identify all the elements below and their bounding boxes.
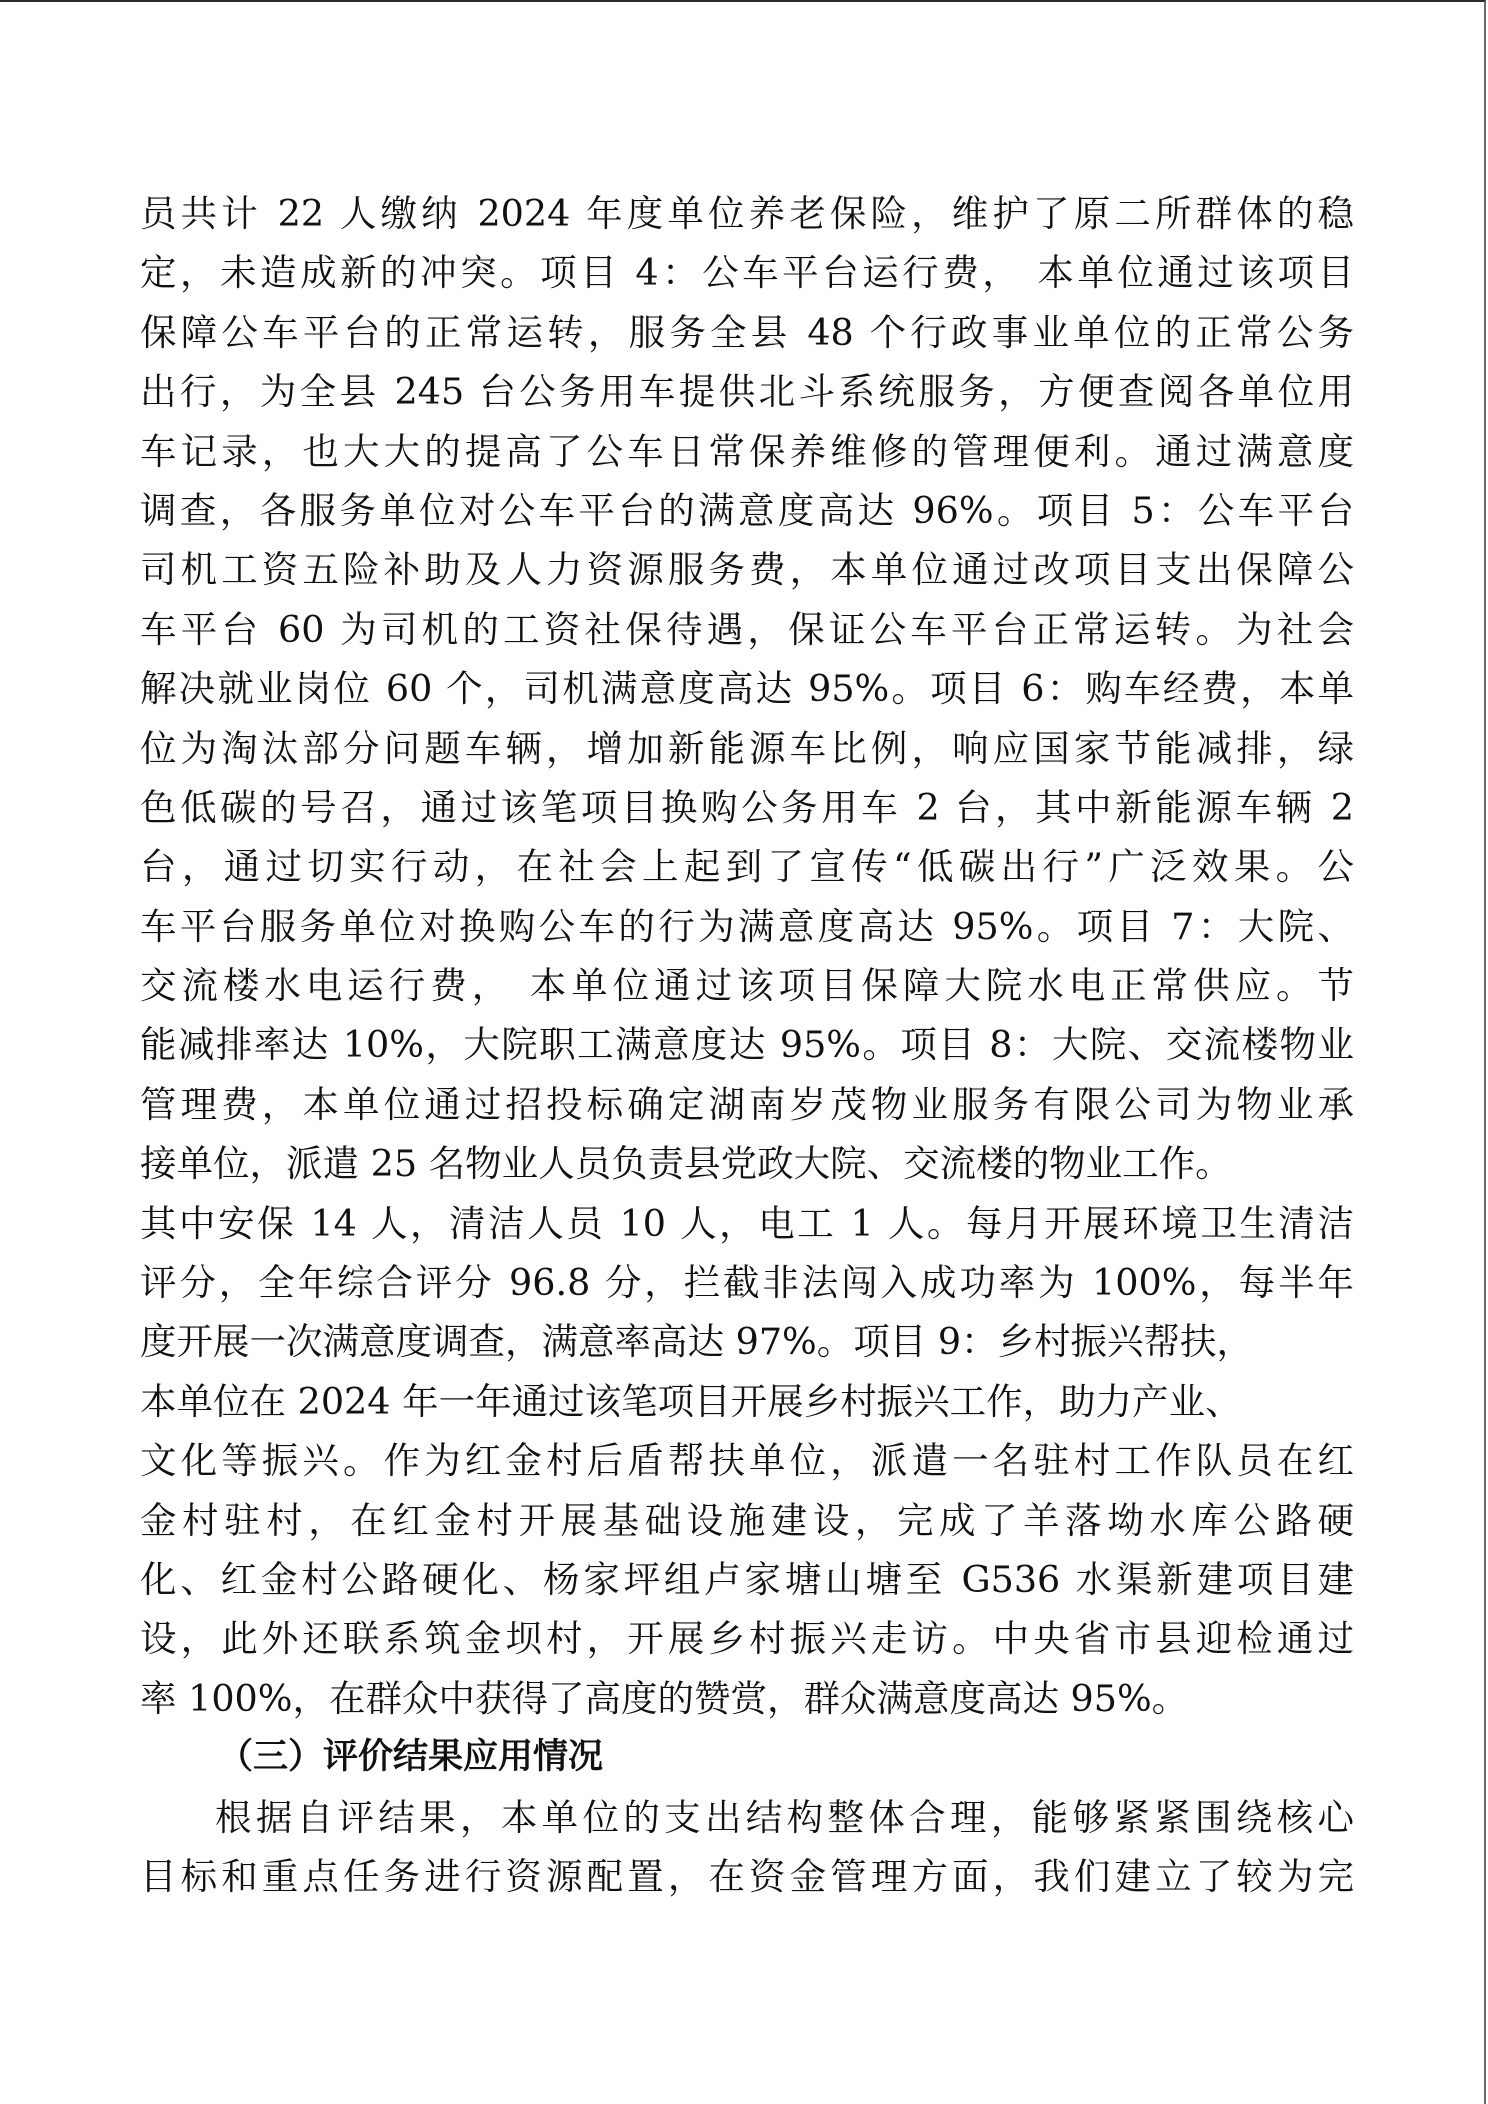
text-line: 其中安保 14 人，清洁人员 10 人，电工 1 人。每月开展环境卫生清洁 (140, 1194, 1354, 1253)
text-line: 率 100%，在群众中获得了高度的赞赏，群众满意度高达 95%。 (140, 1669, 1354, 1728)
text-line: 保障公车平台的正常运转，服务全县 48 个行政事业单位的正常公务 (140, 303, 1354, 362)
text-line: 色低碳的号召，通过该笔项目换购公务用车 2 台，其中新能源车辆 2 (140, 778, 1354, 837)
text-line: 本单位在 2024 年一年通过该笔项目开展乡村振兴工作，助力产业、 (140, 1372, 1354, 1431)
text-line: 交流楼水电运行费， 本单位通过该项目保障大院水电正常供应。节 (140, 956, 1354, 1015)
document-page: 员共计 22 人缴纳 2024 年度单位养老保险，维护了原二所群体的稳 定，未造… (0, 0, 1486, 2104)
text-line: 台，通过切实行动，在社会上起到了宣传“低碳出行”广泛效果。公 (140, 837, 1354, 896)
text-line: 车记录，也大大的提高了公车日常保养维修的管理便利。通过满意度 (140, 422, 1354, 481)
text-line: 接单位，派遣 25 名物业人员负责县党政大院、交流楼的物业工作。 (140, 1134, 1354, 1193)
text-line: 评分，全年综合评分 96.8 分，拦截非法闯入成功率为 100%，每半年 (140, 1253, 1354, 1312)
text-line: 度开展一次满意度调查，满意率高达 97%。项目 9：乡村振兴帮扶， (140, 1312, 1354, 1371)
text-line: 位为淘汰部分问题车辆，增加新能源车比例，响应国家节能减排，绿 (140, 719, 1354, 778)
paragraph-project-results: 员共计 22 人缴纳 2024 年度单位养老保险，维护了原二所群体的稳 定，未造… (140, 184, 1354, 1728)
text-line: 调查，各服务单位对公车平台的满意度高达 96%。项目 5：公车平台 (140, 481, 1354, 540)
text-line: 设，此外还联系筑金坝村，开展乡村振兴走访。中央省市县迎检通过 (140, 1609, 1354, 1668)
text-line: 化、红金村公路硬化、杨家坪组卢家塘山塘至 G536 水渠新建项目建 (140, 1550, 1354, 1609)
text-line: 出行，为全县 245 台公务用车提供北斗系统服务，方便查阅各单位用 (140, 362, 1354, 421)
text-line: 员共计 22 人缴纳 2024 年度单位养老保险，维护了原二所群体的稳 (140, 184, 1354, 243)
text-line: 车平台 60 为司机的工资社保待遇，保证公车平台正常运转。为社会 (140, 600, 1354, 659)
text-line: 车平台服务单位对换购公车的行为满意度高达 95%。项目 7：大院、 (140, 897, 1354, 956)
text-line: 能减排率达 10%，大院职工满意度达 95%。项目 8：大院、交流楼物业 (140, 1015, 1354, 1074)
text-line: 文化等振兴。作为红金村后盾帮扶单位，派遣一名驻村工作队员在红 (140, 1431, 1354, 1490)
text-line: 目标和重点任务进行资源配置，在资金管理方面，我们建立了较为完 (140, 1847, 1354, 1906)
document-body: 员共计 22 人缴纳 2024 年度单位养老保险，维护了原二所群体的稳 定，未造… (140, 184, 1354, 1906)
text-line: 根据自评结果，本单位的支出结构整体合理，能够紧紧围绕核心 (140, 1788, 1354, 1847)
section-heading: （三）评价结果应用情况 (140, 1728, 1354, 1787)
text-line: 司机工资五险补助及人力资源服务费，本单位通过改项目支出保障公 (140, 540, 1354, 599)
text-line: 金村驻村，在红金村开展基础设施建设，完成了羊落坳水库公路硬 (140, 1491, 1354, 1550)
text-line: 管理费，本单位通过招投标确定湖南岁茂物业服务有限公司为物业承 (140, 1075, 1354, 1134)
text-line: 定，未造成新的冲突。项目 4：公车平台运行费， 本单位通过该项目 (140, 243, 1354, 302)
paragraph-evaluation-application: 根据自评结果，本单位的支出结构整体合理，能够紧紧围绕核心 目标和重点任务进行资源… (140, 1788, 1354, 1907)
text-line: 解决就业岗位 60 个，司机满意度高达 95%。项目 6：购车经费，本单 (140, 659, 1354, 718)
